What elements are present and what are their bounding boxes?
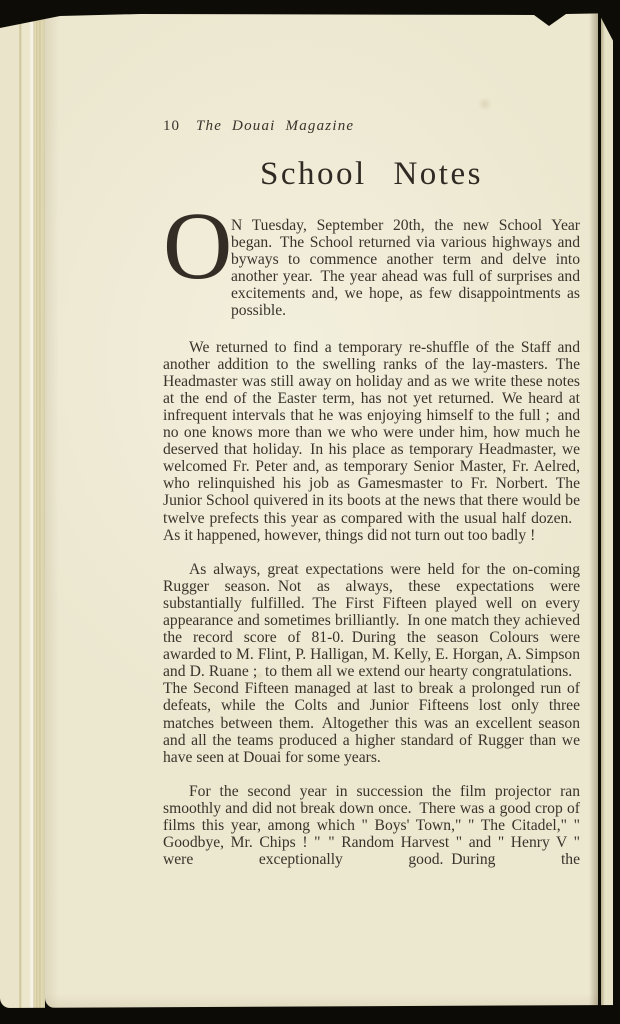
next-page-edge [601,14,613,1006]
page-edge-stack [0,10,45,1008]
paragraph-school-year: ON Tuesday, September 20th, the new Scho… [163,217,580,320]
paragraph-staff: We returned to find a temporary re-shuff… [163,339,580,544]
book-edge-right [613,0,620,1024]
magazine-page: 10The Douai Magazine School Notes ON Tue… [45,12,598,1008]
paragraph-school-year-text: N Tuesday, September 20th, the new Schoo… [231,217,580,319]
book-photograph: 10The Douai Magazine School Notes ON Tue… [0,0,620,1024]
running-head: 10The Douai Magazine [163,118,354,135]
page-number: 10 [163,118,180,134]
dropcap-letter: O [163,217,231,303]
paragraph-rugger: As always, great expectations were held … [163,561,580,766]
article-body: ON Tuesday, September 20th, the new Scho… [163,217,580,868]
paragraph-films: For the second year in succession the fi… [163,783,580,868]
running-title: The Douai Magazine [196,118,354,134]
section-heading: School Notes [163,156,580,193]
